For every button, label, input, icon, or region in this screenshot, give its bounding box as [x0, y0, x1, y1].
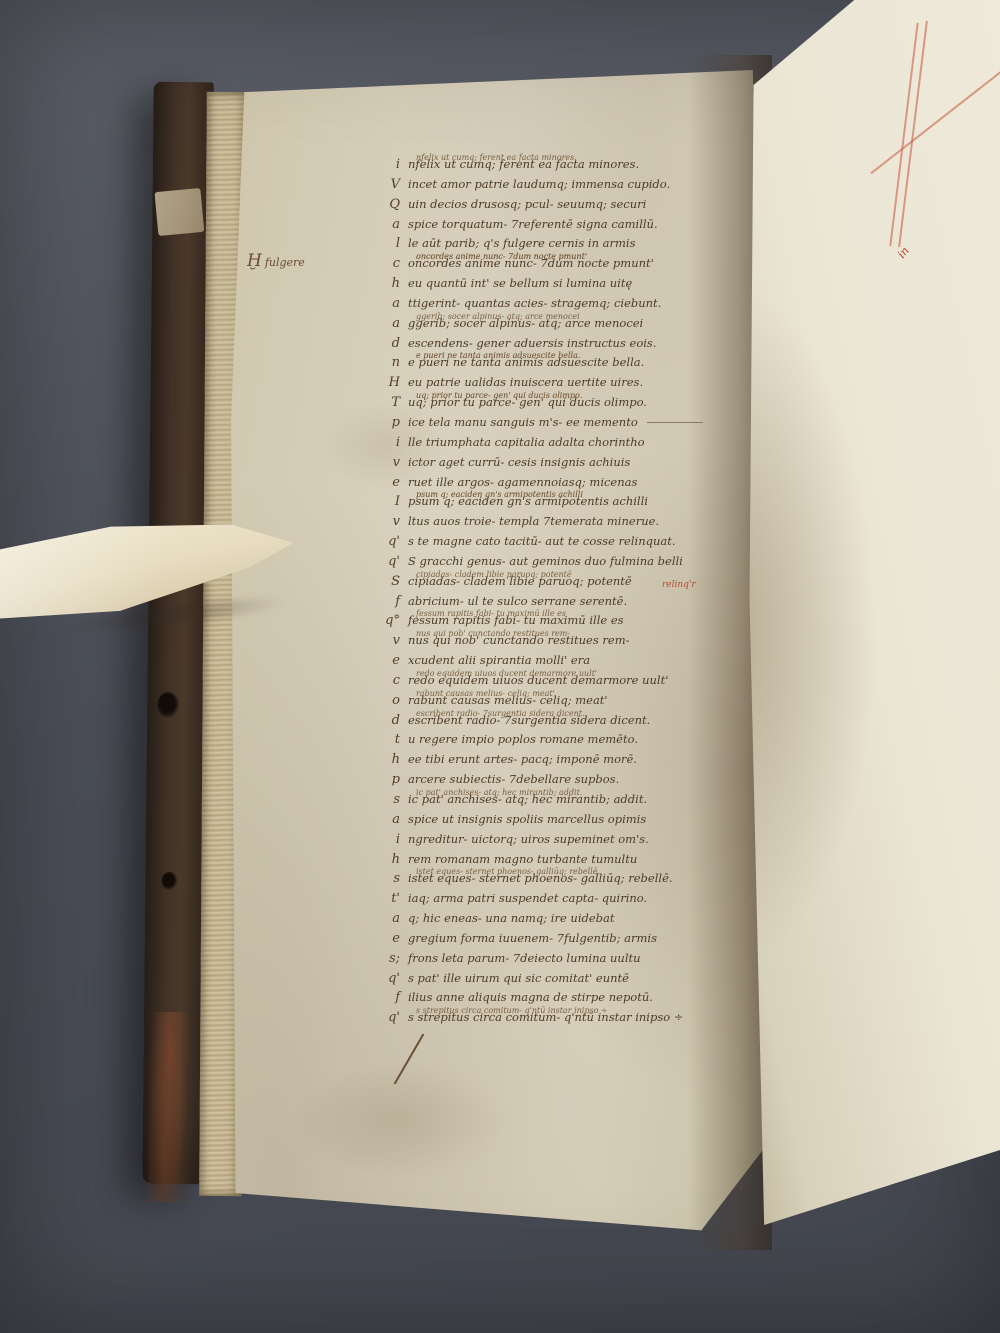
- verse-text: ltus auos troie- templa 7temerata mineru…: [408, 514, 659, 528]
- verse-initial: S: [372, 573, 408, 590]
- verse-initial: h: [372, 275, 408, 292]
- verse-initial: d: [372, 335, 408, 352]
- verse-text: s pat' ille uirum qui sic comitat' euntē: [408, 971, 629, 985]
- verse-text: ice tela manu sanguis m's- ee memento: [408, 415, 638, 429]
- verse-line: aspice ut insignis spoliis marcellus opi…: [372, 811, 722, 831]
- verse-line: s strepitus circa comitum- q'ntū instar …: [372, 1009, 722, 1029]
- verse-initial: q': [372, 553, 408, 570]
- verse-initial: q': [372, 1009, 408, 1026]
- spine-worn-leather: [148, 1012, 190, 1202]
- verse-text: u regere impio poplos romane memēto.: [408, 732, 638, 746]
- verse-text: lle triumphata capitalia adalta chorinth…: [408, 435, 645, 449]
- left-page: Ḫfulgere relinq'r nfelix ut cumq; ferent…: [230, 70, 778, 1235]
- verse-initial: a: [372, 216, 408, 233]
- verse-line: ic pat' anchises- atq; hec mirantib; add…: [372, 791, 722, 811]
- verse-initial: v: [372, 454, 408, 471]
- interlinear-gloss: e pueri ne tanta animis adsuescite bella…: [416, 347, 580, 364]
- binding-hole: [157, 692, 179, 718]
- verse-line: hee tibi erunt artes- pacq; imponē morē.: [372, 751, 722, 771]
- verse-text: ictor aget currū- cesis insignis achiuis: [408, 455, 630, 469]
- verse-line: vltus auos troie- templa 7temerata miner…: [372, 513, 722, 533]
- verse-line: q's te magne cato tacitū- aut te cosse r…: [372, 533, 722, 553]
- verse-initial: t': [372, 890, 408, 907]
- verse-line: cipiadas- cladem libie paruoq; potentē S…: [372, 573, 722, 593]
- verse-initial: q': [372, 970, 408, 987]
- verse-initial: a: [372, 295, 408, 312]
- verse-text: ngreditur- uictorq; uiros supeminet om's…: [408, 832, 649, 846]
- verse-initial: h: [372, 751, 408, 768]
- pen-flourish: [394, 1033, 425, 1084]
- verse-line: q's pat' ille uirum qui sic comitat' eun…: [372, 970, 722, 990]
- verse-initial: p: [372, 414, 408, 431]
- verse-initial: s;: [372, 950, 408, 967]
- interlinear-gloss: escribent radio- 7surgentia sidera dicen…: [416, 705, 585, 722]
- verse-initial: T: [372, 394, 408, 411]
- red-ruling-line: [870, 68, 1000, 174]
- verse-text: ee tibi erunt artes- pacq; imponē morē.: [408, 752, 637, 766]
- verse-line: ille triumphata capitalia adalta chorint…: [372, 434, 722, 454]
- interlinear-gloss: oncordes anime nunc- 7dum nocte pmunt': [416, 248, 587, 265]
- verse-text: incet amor patrie laudumq; immensa cupid…: [408, 177, 670, 191]
- interlinear-gloss: uq; prior tu parce- gen' qui ducis olimp…: [416, 387, 582, 404]
- verse-initial: e: [372, 652, 408, 669]
- verse-initial: t: [372, 731, 408, 748]
- interlinear-gloss: istet eques- sternet phoenos- galliūq; r…: [416, 863, 600, 880]
- verse-initial: d: [372, 712, 408, 729]
- verse-initial: i: [372, 434, 408, 451]
- interlinear-gloss: redo equidem uiuos ducent demarmore uult…: [416, 665, 597, 682]
- verse-initial: p: [372, 771, 408, 788]
- verse-initial: s: [372, 791, 408, 808]
- verse-line: victor aget currū- cesis insignis achiui…: [372, 454, 722, 474]
- verse-initial: v: [372, 513, 408, 530]
- interlinear-gloss: ic pat' anchises- atq; hec mirantib; add…: [416, 784, 582, 801]
- verse-line: egregium forma iuuenem- 7fulgentib; armi…: [372, 930, 722, 950]
- verse-initial: c: [372, 672, 408, 689]
- verse-line: ggerib; socer alpinus- atq; arce menocei…: [372, 315, 722, 335]
- verse-text: q; hic eneas- una namq; ire uidebat: [408, 911, 615, 925]
- verse-text: gregium forma iuuenem- 7fulgentib; armis: [408, 931, 657, 945]
- verse-line: nfelix ut cumq; ferent ea facta minores.…: [372, 156, 722, 176]
- verse-initial: o: [372, 692, 408, 709]
- interlinear-gloss: fessum rapitis fabi- tu maximū ille es: [416, 605, 566, 622]
- verse-line: aq; hic eneas- una namq; ire uidebat: [372, 910, 722, 930]
- verse-initial: e: [372, 474, 408, 491]
- verse-initial: n: [372, 354, 408, 371]
- interlinear-gloss: nfelix ut cumq; ferent ea facta minores.: [416, 149, 577, 166]
- verse-line: Quin decios drusosq; pcul- seuumq; secur…: [372, 196, 722, 216]
- verse-line: ingreditur- uictorq; uiros supeminet om'…: [372, 831, 722, 851]
- verse-line: pice tela manu sanguis m's- ee memento: [372, 414, 722, 434]
- verse-initial: e: [372, 930, 408, 947]
- verse-initial: q': [372, 533, 408, 550]
- verse-text: uin decios drusosq; pcul- seuumq; securi: [408, 197, 646, 211]
- verse-line: psum q; eaciden gn's armipotentis achill…: [372, 493, 722, 513]
- verse-initial: v: [372, 632, 408, 649]
- verse-line: s;frons leta parum- 7deiecto lumina uult…: [372, 950, 722, 970]
- verse-initial: i: [372, 156, 408, 173]
- vellum-stain: [290, 1060, 510, 1180]
- verse-line: aspice torquatum- 7referentē signa camil…: [372, 216, 722, 236]
- verse-initial: Q: [372, 196, 408, 213]
- interlinear-gloss: ggerib; socer alpinus- atq; arce menocei: [416, 308, 580, 325]
- verse-line: heu quantū int' se bellum si lumina uitę: [372, 275, 722, 295]
- interlinear-gloss: s strepitus circa comitum- q'ntū instar …: [416, 1002, 608, 1019]
- interlinear-gloss: nus qui nob' cunctando restitues rem-: [416, 625, 570, 642]
- verse-initial: i: [372, 831, 408, 848]
- verse-initial: a: [372, 811, 408, 828]
- verse-initial: f: [372, 593, 408, 610]
- verse-line: istet eques- sternet phoenos- galliūq; r…: [372, 870, 722, 890]
- verse-text: spice ut insignis spoliis marcellus opim…: [408, 812, 646, 826]
- interlinear-gloss: cipiadas- cladem libie paruoq; potentē: [416, 566, 572, 583]
- verse-line: nus qui nob' cunctando restitues rem- vn…: [372, 632, 722, 652]
- nota-label: fulgere: [265, 256, 305, 269]
- verse-initial: V: [372, 176, 408, 193]
- verse-initial: h: [372, 851, 408, 868]
- verse-initial: s: [372, 870, 408, 887]
- spine-repair-patch: [154, 188, 204, 236]
- verse-line: tu regere impio poplos romane memēto.: [372, 731, 722, 751]
- verse-initial: H: [372, 374, 408, 391]
- verse-initial: a: [372, 315, 408, 332]
- verse-text: frons leta parum- 7deiecto lumina uultu: [408, 951, 641, 965]
- verse-initial: f: [372, 989, 408, 1006]
- verse-line: e pueri ne tanta animis adsuescite bella…: [372, 354, 722, 374]
- interlinear-gloss: psum q; eaciden gn's armipotentis achill…: [416, 486, 583, 503]
- verse-line: uq; prior tu parce- gen' qui ducis olimp…: [372, 394, 722, 414]
- verse-text: eu quantū int' se bellum si lumina uitę: [408, 276, 632, 290]
- verse-text: iaq; arma patri suspendet capta- quirino…: [408, 891, 647, 905]
- nota-mark-fulgere: Ḫfulgere: [247, 251, 305, 271]
- verse-initial: q°: [372, 612, 408, 629]
- verse-initial: l: [372, 235, 408, 252]
- manuscript-photograph: Ḫfulgere relinq'r nfelix ut cumq; ferent…: [0, 0, 1000, 1333]
- binding-hole: [161, 872, 177, 890]
- verse-line: t'iaq; arma patri suspendet capta- quiri…: [372, 890, 722, 910]
- main-text-block: nfelix ut cumq; ferent ea facta minores.…: [372, 156, 722, 1029]
- nota-symbol: Ḫ: [247, 251, 260, 271]
- verse-text: spice torquatum- 7referentē signa camill…: [408, 217, 658, 231]
- erasure-stroke: [647, 422, 703, 423]
- verse-initial: c: [372, 255, 408, 272]
- verse-initial: I: [372, 493, 408, 510]
- verse-line: oncordes anime nunc- 7dum nocte pmunt'on…: [372, 255, 722, 275]
- verse-initial: a: [372, 910, 408, 927]
- verse-line: escribent radio- 7surgentia sidera dicen…: [372, 712, 722, 732]
- interlinear-gloss: rabunt causas melius- celiq; meat': [416, 685, 555, 702]
- verse-line: Vincet amor patrie laudumq; immensa cupi…: [372, 176, 722, 196]
- right-page-turning: in: [735, 0, 1000, 1250]
- verse-text: s te magne cato tacitū- aut te cosse rel…: [408, 534, 676, 548]
